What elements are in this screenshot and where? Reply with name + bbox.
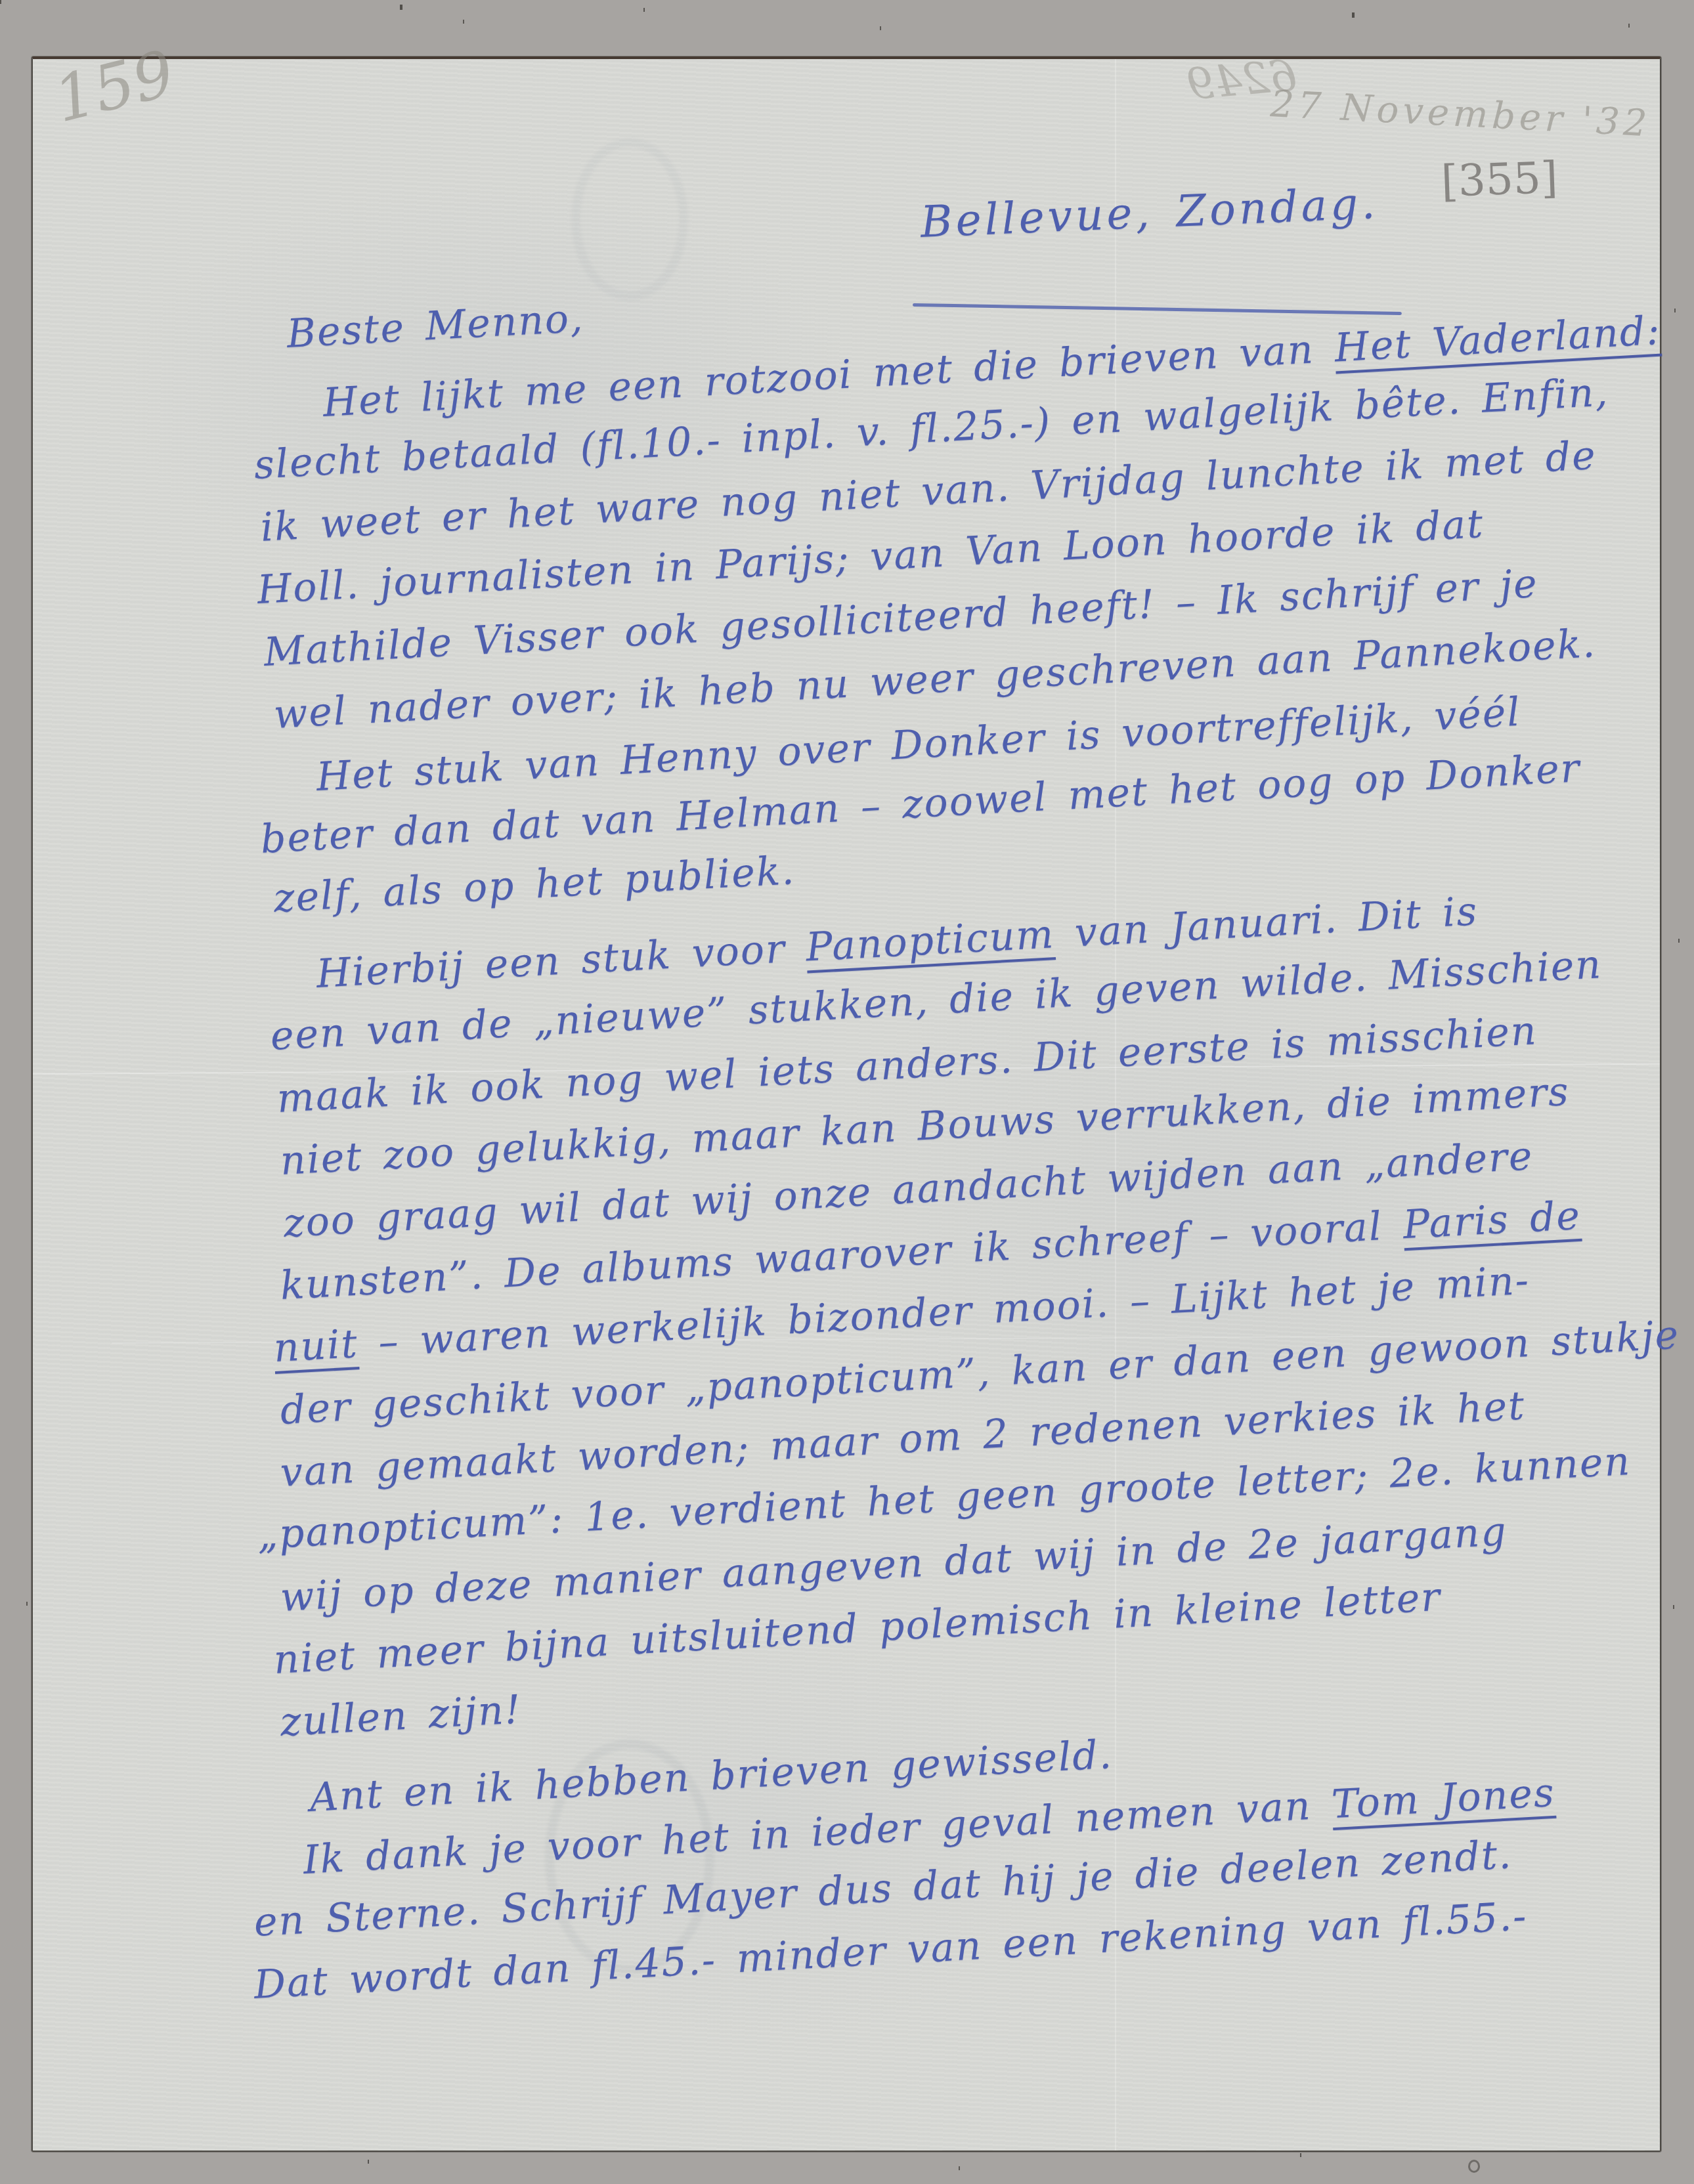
underlined-text: Panopticum [805,911,1056,970]
pencil-page-number: 159 [47,36,181,137]
letter-line: zelf, als op het publiek. [272,847,796,922]
underlined-text: nuit [272,1321,359,1371]
bleedthrough-ghost [571,138,688,301]
underlined-text: Tom Jones [1330,1770,1556,1828]
scanner-ring-mark [1468,2160,1480,2173]
underlined-text: Paris de [1402,1193,1582,1249]
letter-page: 159 6249 27 November '32 [355] Bellevue,… [32,56,1661,2152]
letter-text-segment: zullen zijn! [279,1686,523,1745]
underlined-text: Het Vaderland: [1334,308,1662,372]
letter-heading: Bellevue, Zondag. [919,178,1379,247]
collection-number: [355] [1441,152,1559,207]
heading-underline [913,303,1402,315]
letter-text-segment: zelf, als op het publiek. [272,847,796,922]
letter-text-segment: Beste Menno, [286,295,585,357]
letter-line: zullen zijn! [279,1686,523,1745]
scanner-speckles [0,0,1,4]
letter-text-segment: van Januari. Dit is [1053,888,1479,957]
letter-line: Beste Menno, [286,295,585,357]
letter-text-segment: Hierbij een stuk voor [315,925,807,997]
pencil-date: 27 November '32 [1269,83,1651,145]
